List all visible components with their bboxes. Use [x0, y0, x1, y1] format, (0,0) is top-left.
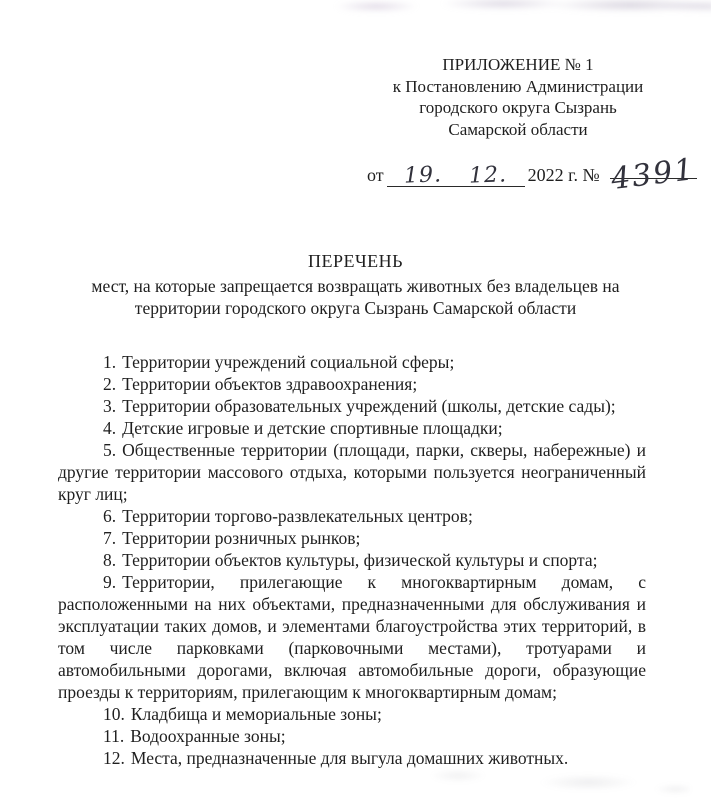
item-number: 1. [103, 352, 116, 372]
title-block: ПЕРЕЧЕНЬ мест, на которые запрещается во… [0, 251, 711, 319]
document-subtitle: мест, на которые запрещается возвращать … [73, 276, 639, 319]
list-item: 3.Территории образовательных учреждений … [58, 395, 646, 417]
handwritten-day: 19. [404, 162, 443, 188]
item-text: Территории объектов здравоохранения; [122, 374, 417, 394]
item-number: 6. [103, 506, 116, 526]
date-from-label: от [367, 165, 384, 186]
list-item: 12.Места, предназначенные для выгула дом… [58, 747, 646, 769]
list-item: 9.Территории, прилегающие к многоквартир… [58, 571, 646, 703]
list-item: 6.Территории торгово-развлекательных цен… [58, 505, 646, 527]
item-text: Территории, прилегающие к многоквартирны… [58, 572, 646, 702]
date-line: от 19. 12. 2022 г. № 4391 [367, 154, 697, 187]
item-text: Места, предназначенные для выгула домашн… [131, 748, 568, 768]
item-text: Территории торгово-развлекательных центр… [122, 506, 473, 526]
item-number: 10. [103, 704, 125, 724]
item-number: 11. [103, 726, 124, 746]
item-text: Территории учреждений социальной сферы; [122, 352, 454, 372]
item-text: Общественные территории (площади, парки,… [58, 440, 646, 504]
list-item: 2.Территории объектов здравоохранения; [58, 373, 646, 395]
document-title: ПЕРЕЧЕНЬ [0, 251, 711, 272]
list-item: 7.Территории розничных рынков; [58, 527, 646, 549]
item-text: Детские игровые и детские спортивные пло… [122, 418, 502, 438]
item-text: Территории образовательных учреждений (ш… [122, 396, 616, 416]
appendix-header: ПРИЛОЖЕНИЕ № 1 к Постановлению Администр… [355, 54, 681, 140]
item-number: 2. [103, 374, 116, 394]
list-item: 8.Территории объектов культуры, физическ… [58, 549, 646, 571]
list-item: 1.Территории учреждений социальной сферы… [58, 351, 646, 373]
item-number: 5. [103, 440, 116, 460]
date-blank-underline: 19. 12. [387, 162, 525, 187]
year-and-number-label: 2022 г. № [528, 165, 600, 186]
scanned-document-page: ПРИЛОЖЕНИЕ № 1 к Постановлению Администр… [0, 0, 711, 800]
item-text: Кладбища и мемориальные зоны; [131, 704, 382, 724]
list-item: 11.Водоохранные зоны; [58, 725, 646, 747]
district-line: городского округа Сызрань [355, 97, 681, 119]
item-number: 8. [103, 550, 116, 570]
item-text: Территории розничных рынков; [122, 528, 360, 548]
item-number: 12. [103, 748, 125, 768]
item-number: 3. [103, 396, 116, 416]
list-item: 5.Общественные территории (площади, парк… [58, 439, 646, 505]
appendix-number-line: ПРИЛОЖЕНИЕ № 1 [355, 54, 681, 76]
places-list: 1.Территории учреждений социальной сферы… [58, 351, 646, 769]
list-item: 10.Кладбища и мемориальные зоны; [58, 703, 646, 725]
resolution-line: к Постановлению Администрации [355, 76, 681, 98]
handwritten-month: 12. [469, 162, 508, 188]
list-item: 4.Детские игровые и детские спортивные п… [58, 417, 646, 439]
number-blank-underline: 4391 [610, 154, 697, 179]
item-text: Территории объектов культуры, физической… [122, 550, 597, 570]
item-text: Водоохранные зоны; [130, 726, 285, 746]
item-number: 7. [103, 528, 116, 548]
handwritten-document-number: 4391 [609, 152, 697, 197]
item-number: 9. [103, 572, 116, 592]
item-number: 4. [103, 418, 116, 438]
region-line: Самарской области [355, 119, 681, 141]
scan-artifact-top [330, 0, 711, 18]
